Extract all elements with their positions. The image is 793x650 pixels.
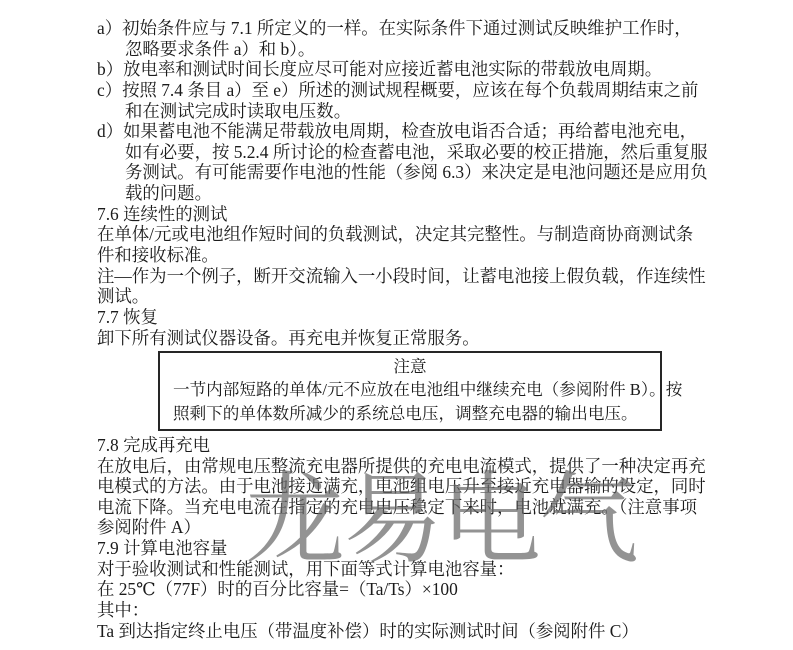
- body-text: 在放电后，由常规电压整流充电器所提供的充电电流模式，提供了一种决定再充: [97, 456, 713, 477]
- body-text: 电模式的方法。由于电池接近满充，电池组电压升至接近充电器输的设定，同时: [97, 476, 713, 497]
- notice-text: 一节内部短路的单体/元不应放在电池组中继续充电（参阅附件 B）。按: [173, 378, 647, 401]
- list-item-c-cont: 和在测试完成时读取电压数。: [97, 101, 713, 122]
- note-text: 注—作为一个例子，断开交流输入一小段时间，让蓄电池接上假负载，作连续性: [97, 266, 713, 287]
- document-body: a）初始条件应与 7.1 所定义的一样。在实际条件下通过测试反映维护工作时， 忽…: [97, 18, 713, 641]
- body-text: 在单体/元或电池组作短时间的负载测试，决定其完整性。与制造商协商测试条: [97, 224, 713, 245]
- notice-box: 注意 一节内部短路的单体/元不应放在电池组中继续充电（参阅附件 B）。按 照剩下…: [158, 351, 662, 431]
- section-heading-7-8: 7.8 完成再充电: [97, 435, 713, 456]
- list-item-d-cont: 如有必要，按 5.2.4 所讨论的检查蓄电池，采取必要的校正措施，然后重复服: [97, 142, 713, 163]
- list-item-a: a）初始条件应与 7.1 所定义的一样。在实际条件下通过测试反映维护工作时，: [97, 18, 713, 39]
- section-heading-7-9: 7.9 计算电池容量: [97, 538, 713, 559]
- list-item-d: d）如果蓄电池不能满足带载放电周期，检查放电诣否合适；再给蓄电池充电，: [97, 121, 713, 142]
- body-text: 卸下所有测试仪器设备。再充电并恢复正常服务。: [97, 328, 713, 349]
- list-item-d-cont: 载的问题。: [97, 183, 713, 204]
- section-heading-7-7: 7.7 恢复: [97, 307, 713, 328]
- list-item-b: b）放电率和测试时间长度应尽可能对应接近蓄电池实际的带载放电周期。: [97, 59, 713, 80]
- list-item-c: c）按照 7.4 条目 a）至 e）所述的测试规程概要，应该在每个负载周期结束之…: [97, 80, 713, 101]
- body-text: 其中：: [97, 600, 713, 621]
- body-text: 参阅附件 A）: [97, 517, 713, 538]
- body-text: 件和接收标准。: [97, 245, 713, 266]
- section-heading-7-6: 7.6 连续性的测试: [97, 204, 713, 225]
- document-page: a）初始条件应与 7.1 所定义的一样。在实际条件下通过测试反映维护工作时， 忽…: [0, 0, 793, 650]
- notice-title: 注意: [173, 355, 647, 378]
- body-text: 对于验收测试和性能测试，用下面等式计算电池容量：: [97, 559, 713, 580]
- note-text: 测试。: [97, 286, 713, 307]
- list-item-d-cont: 务测试。有可能需要作电池的性能（参阅 6.3）来决定是电池问题还是应用负: [97, 162, 713, 183]
- body-text: 电流下降。当充电电流在指定的充电电压稳定下来时，电池就满充。（注意事项: [97, 497, 713, 518]
- notice-text: 照剩下的单体数所减少的系统总电压，调整充电器的输出电压。: [173, 402, 647, 425]
- formula-text: 在 25℃（77F）时的百分比容量=（Ta/Ts）×100: [97, 579, 713, 600]
- body-text: Ta 到达指定终止电压（带温度补偿）时的实际测试时间（参阅附件 C）: [97, 621, 713, 642]
- list-item-a-cont: 忽略要求条件 a）和 b）。: [97, 39, 713, 60]
